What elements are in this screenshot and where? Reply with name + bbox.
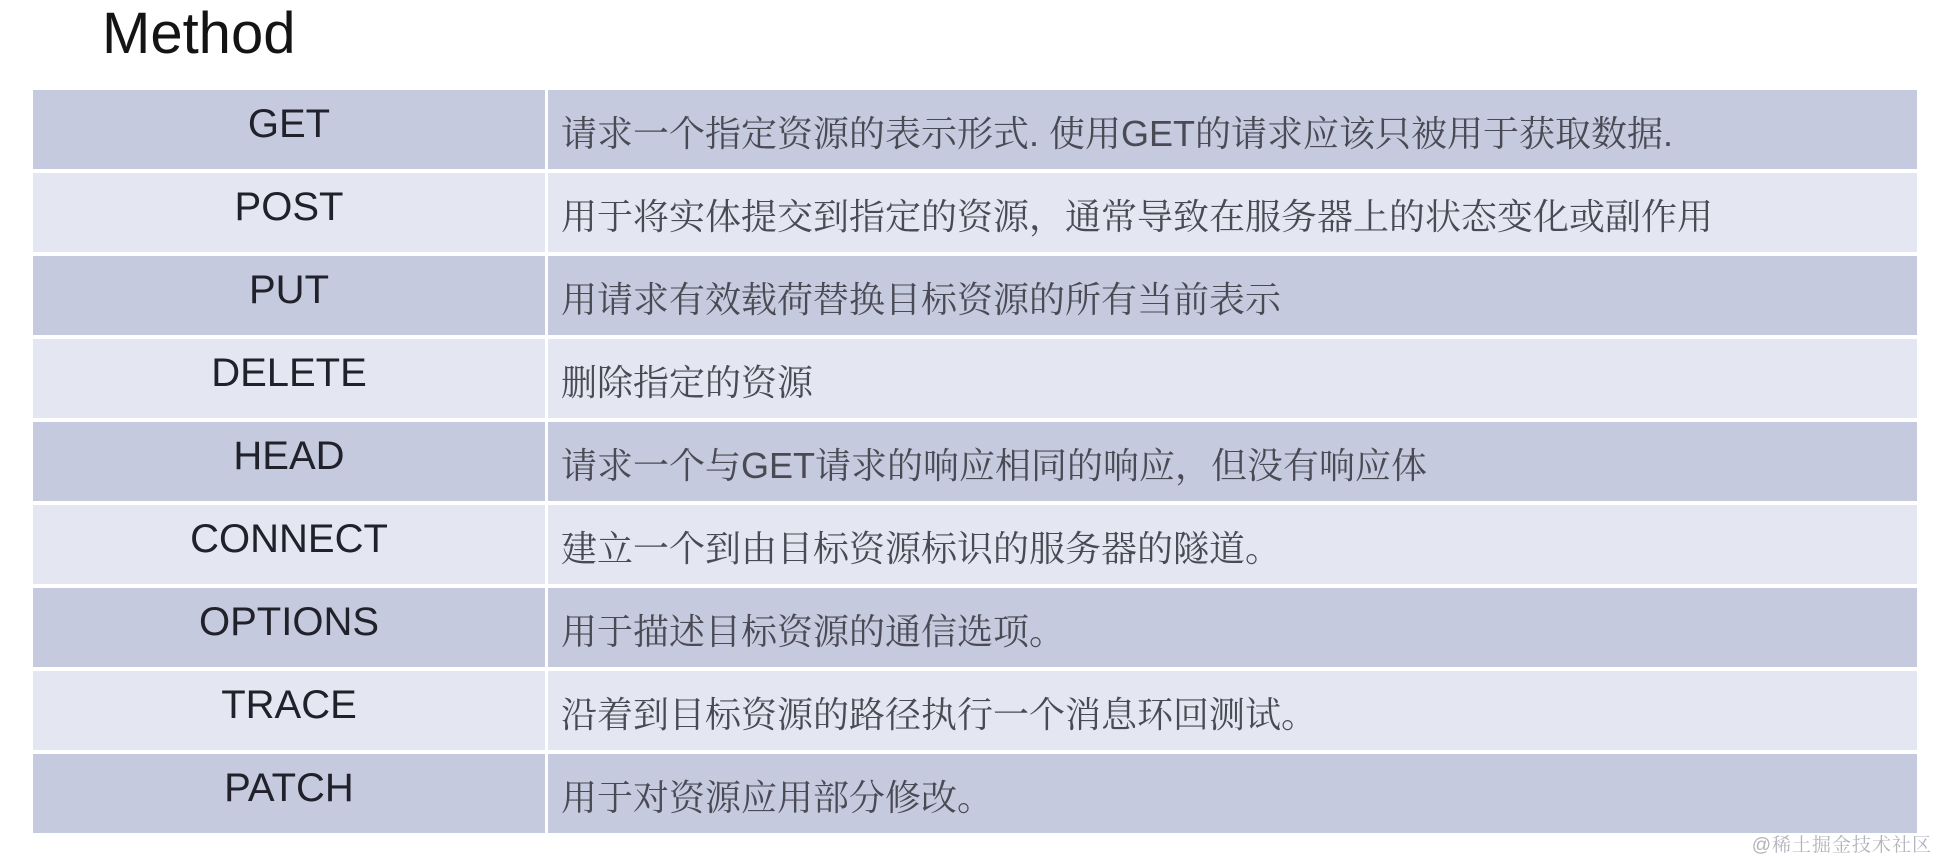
- method-description-cell: 沿着到目标资源的路径执行一个消息环回测试。: [548, 671, 1917, 750]
- slide: Method GET 请求一个指定资源的表示形式. 使用GET的请求应该只被用于…: [0, 0, 1938, 857]
- method-description-cell: 删除指定的资源: [548, 339, 1917, 418]
- method-description-cell: 请求一个指定资源的表示形式. 使用GET的请求应该只被用于获取数据.: [548, 90, 1917, 169]
- table-row: HEAD 请求一个与GET请求的响应相同的响应，但没有响应体: [33, 422, 1917, 501]
- table-row: OPTIONS 用于描述目标资源的通信选项。: [33, 588, 1917, 667]
- page-title: Method: [102, 2, 295, 66]
- method-description-cell: 请求一个与GET请求的响应相同的响应，但没有响应体: [548, 422, 1917, 501]
- method-name-cell: CONNECT: [33, 505, 545, 584]
- table-row: POST 用于将实体提交到指定的资源，通常导致在服务器上的状态变化或副作用: [33, 173, 1917, 252]
- method-name-cell: TRACE: [33, 671, 545, 750]
- watermark: @稀土掘金技术社区: [1752, 830, 1932, 857]
- method-name-cell: POST: [33, 173, 545, 252]
- method-name-cell: GET: [33, 90, 545, 169]
- table-row: DELETE 删除指定的资源: [33, 339, 1917, 418]
- table-row: PUT 用请求有效载荷替换目标资源的所有当前表示: [33, 256, 1917, 335]
- method-description-cell: 用请求有效载荷替换目标资源的所有当前表示: [548, 256, 1917, 335]
- method-name-cell: DELETE: [33, 339, 545, 418]
- method-description-cell: 用于描述目标资源的通信选项。: [548, 588, 1917, 667]
- method-description-cell: 用于将实体提交到指定的资源，通常导致在服务器上的状态变化或副作用: [548, 173, 1917, 252]
- method-name-cell: OPTIONS: [33, 588, 545, 667]
- table-row: PATCH 用于对资源应用部分修改。: [33, 754, 1917, 833]
- table-row: TRACE 沿着到目标资源的路径执行一个消息环回测试。: [33, 671, 1917, 750]
- table-row: CONNECT 建立一个到由目标资源标识的服务器的隧道。: [33, 505, 1917, 584]
- method-description-cell: 建立一个到由目标资源标识的服务器的隧道。: [548, 505, 1917, 584]
- method-name-cell: HEAD: [33, 422, 545, 501]
- table-row: GET 请求一个指定资源的表示形式. 使用GET的请求应该只被用于获取数据.: [33, 90, 1917, 169]
- method-name-cell: PUT: [33, 256, 545, 335]
- method-name-cell: PATCH: [33, 754, 545, 833]
- method-description-cell: 用于对资源应用部分修改。: [548, 754, 1917, 833]
- http-method-table: GET 请求一个指定资源的表示形式. 使用GET的请求应该只被用于获取数据. P…: [33, 90, 1917, 833]
